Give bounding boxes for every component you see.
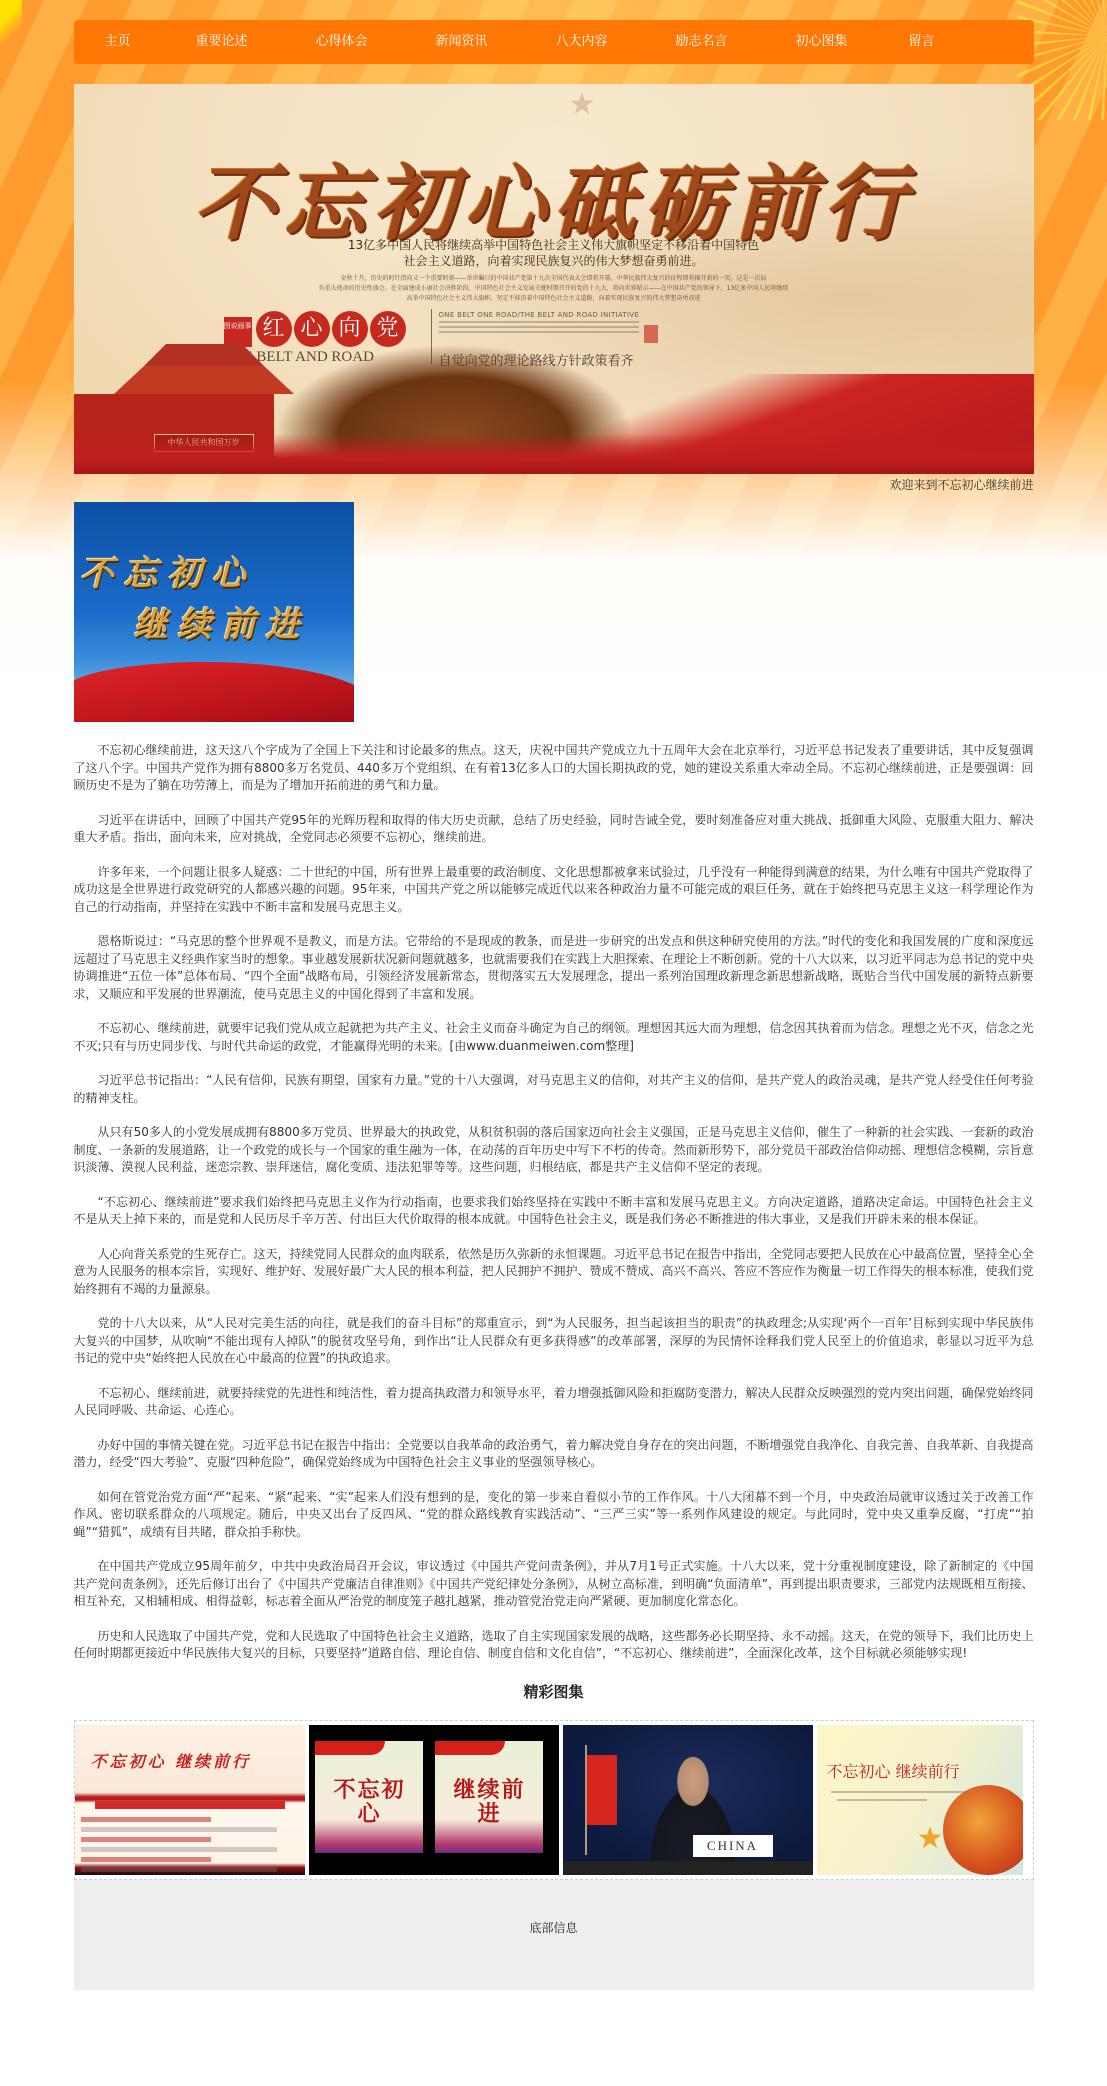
feature-image-line2: 继续前进 [134, 597, 310, 646]
banner-subtitle-line2: 社会主义道路，向着实现民族复兴的伟大梦想奋勇前进。 [74, 253, 1034, 269]
nav-item-message[interactable]: 留言 [882, 20, 962, 64]
nav-item-quotes[interactable]: 励志名言 [642, 20, 762, 64]
banner-small-line2: 负重大使命的历史性盛会。在全面建成小康社会决胜阶段、中国特色社会主义发展关键时期… [74, 284, 1034, 294]
poster-caption: 继续前进 [445, 1779, 535, 1827]
footer-text: 底部信息 [529, 1921, 577, 1935]
gallery-item-rows [81, 1817, 299, 1875]
banner-small-line3: 高举中国特色社会主义伟大旗帜，坚定不移沿着中国特色社会主义道路，向着实现民族复兴… [74, 294, 1034, 304]
banner-subtitle: 13亿多中国人民将继续高举中国特色社会主义伟大旗帜坚定不移沿着中国特色 社会主义… [74, 237, 1034, 269]
nav-item-news[interactable]: 新闻资讯 [402, 20, 522, 64]
article-paragraph: 从只有50多人的小党发展成拥有8800多万党员、世界最大的执政党，从积贫积弱的落… [74, 1124, 1034, 1177]
gallery-item-2[interactable]: 不忘初心 继续前进 [309, 1725, 559, 1875]
feature-image: 不忘初心 继续前进 [74, 502, 354, 722]
party-emblem-icon [943, 1785, 1023, 1875]
nav-item-home[interactable]: 主页 [74, 20, 162, 64]
article-paragraph: 在中国共产党成立95周年前夕，中共中央政治局召开会议，审议透过《中国共产党问责条… [74, 1558, 1034, 1611]
nav-item-important-discourse[interactable]: 重要论述 [162, 20, 282, 64]
photo-gallery: 不忘初心 继续前行 不忘初心 继续前进 CHINA 不忘初心 继续前行 [74, 1720, 1034, 1880]
article-paragraph: 习近平总书记指出：“人民有信仰，民族有期望，国家有力量。”党的十八大强调，对马克… [74, 1072, 1034, 1107]
article-paragraph: 不忘初心、继续前进，就要牢记我们党从成立起就把为共产主义、社会主义而奋斗确定为自… [74, 1020, 1034, 1055]
article-paragraph: 习近平在讲话中，回顾了中国共产党95年的光辉历程和取得的伟大历史贡献，总结了历史… [74, 812, 1034, 847]
star-icon: ★ [917, 1821, 944, 1856]
page-container: 主页 重要论述 心得体会 新闻资讯 八大内容 励志名言 初心图集 留言 ★ 不忘… [74, 20, 1034, 1990]
gallery-item-caption: 不忘初心 继续前行 [91, 1749, 252, 1772]
caption-line [837, 1799, 927, 1801]
china-flag-icon [587, 1755, 617, 1825]
flag-icon [435, 1741, 505, 1755]
name-plate: CHINA [693, 1835, 773, 1857]
gallery-item-4[interactable]: 不忘初心 继续前行 ★ [817, 1725, 1023, 1875]
poster-right: 继续前进 [435, 1741, 543, 1853]
article-paragraph: 不忘初心、继续前进，就要持续党的先进性和纯洁性，着力提高执政潜力和领导水平，着力… [74, 1385, 1034, 1420]
article-paragraph: 党的十八大以来，从“人民对完美生活的向往，就是我们的奋斗目标”的郑重宣示，到“为… [74, 1315, 1034, 1368]
gallery-item-caption: 不忘初心 继续前行 [827, 1759, 960, 1782]
desk [563, 1861, 813, 1875]
gallery-item-1[interactable]: 不忘初心 继续前行 [75, 1725, 305, 1875]
nav-item-gallery[interactable]: 初心图集 [762, 20, 882, 64]
nav-item-eight-contents[interactable]: 八大内容 [522, 20, 642, 64]
flag-icon [315, 1741, 385, 1755]
banner-scene-illustration: 中华人民共和国万岁 [74, 324, 1034, 474]
tiananmen-roof-upper [144, 344, 264, 366]
article-paragraph: 历史和人民选取了中国共产党，党和人民选取了中国特色社会主义道路，选取了自主实现国… [74, 1628, 1034, 1663]
banner-small-line1: 金秋十月，历史的时针指向又一个重要时刻——举世瞩目的中国共产党第十九次全国代表大… [74, 274, 1034, 284]
speaker-photo [633, 1755, 753, 1875]
gallery-item-3[interactable]: CHINA [563, 1725, 813, 1875]
caption-line [831, 1791, 971, 1793]
article-paragraph: 办好中国的事情关键在党。习近平总书记在报告中指出：全党要以自我革命的政治勇气，着… [74, 1437, 1034, 1472]
red-wave [74, 434, 1034, 474]
gallery-title: 精彩图集 [74, 1680, 1034, 1720]
article-paragraph: “不忘初心、继续前进”要求我们始终把马克思主义作为行动指南，也要求我们始终坚持在… [74, 1194, 1034, 1229]
article-paragraph: 恩格斯说过：“马克思的整个世界观不是教义，而是方法。它带给的不是现成的教条，而是… [74, 933, 1034, 1003]
article-paragraph: 如何在管党治党方面“严”起来、“紧”起来、“实”起来人们没有想到的是，变化的第一… [74, 1489, 1034, 1542]
star-icon: ★ [569, 90, 599, 120]
article-body: 不忘初心继续前进，这天这八个字成为了全国上下关注和讨论最多的焦点。这天，庆祝中国… [74, 742, 1034, 1663]
hero-banner: ★ 不忘初心砥砺前行 13亿多中国人民将继续高举中国特色社会主义伟大旗帜坚定不移… [74, 84, 1034, 474]
nav-item-experience[interactable]: 心得体会 [282, 20, 402, 64]
feature-image-line1: 不忘初心 [80, 546, 256, 595]
red-cloth-graphic [74, 662, 354, 722]
poster-left: 不忘初心 [315, 1741, 423, 1853]
gallery-item-bar [95, 1801, 285, 1809]
article-paragraph: 许多年来，一个问题让很多人疑惑：二十世纪的中国，所有世界上最重要的政治制度、文化… [74, 864, 1034, 917]
main-nav: 主页 重要论述 心得体会 新闻资讯 八大内容 励志名言 初心图集 留言 [74, 20, 1034, 64]
english-tagline: ONE BELT ONE ROAD/THE BELT AND ROAD INIT… [439, 311, 640, 319]
banner-small-text: 金秋十月，历史的时针指向又一个重要时刻——举世瞩目的中国共产党第十九次全国代表大… [74, 274, 1034, 304]
poster-caption: 不忘初心 [325, 1779, 415, 1827]
banner-subtitle-line1: 13亿多中国人民将继续高举中国特色社会主义伟大旗帜坚定不移沿着中国特色 [74, 237, 1034, 253]
tiananmen-roof [114, 366, 294, 394]
article-paragraph: 不忘初心继续前进，这天这八个字成为了全国上下关注和讨论最多的焦点。这天，庆祝中国… [74, 742, 1034, 795]
article-paragraph: 人心向背关系党的生死存亡。这天，持续党同人民群众的血肉联系，依然是历久弥新的永恒… [74, 1246, 1034, 1299]
background-stripe [0, 0, 22, 60]
footer: 底部信息 [74, 1880, 1034, 1990]
welcome-marquee: 欢迎来到不忘初心继续前进 [74, 474, 1034, 500]
